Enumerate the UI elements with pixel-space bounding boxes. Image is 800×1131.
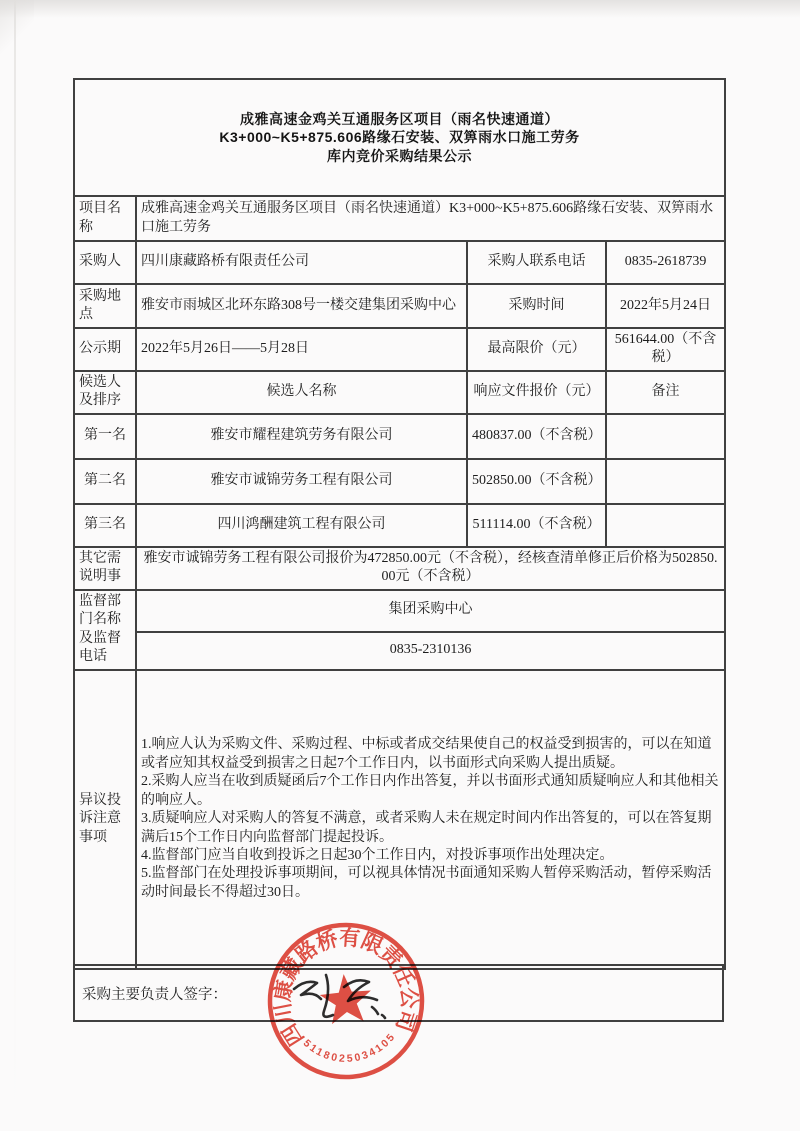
location-label: 采购地点 (74, 284, 136, 328)
candidate-row-1: 第一名 雅安市耀程建筑劳务有限公司 480837.00（不含税） (74, 414, 725, 459)
candidate-2-note (606, 459, 725, 504)
objection-items: 1.响应人认为采购文件、采购过程、中标或者成交结果使自己的权益受到损害的，可以在… (136, 670, 725, 969)
candidate-1-price: 480837.00（不含税） (467, 414, 606, 459)
candidate-3-price: 511114.00（不含税） (467, 504, 606, 547)
candidate-3-note (606, 504, 725, 547)
location-value: 雅安市雨城区北环东路308号一楼交建集团采购中心 (136, 284, 467, 328)
signature-scribble (286, 963, 406, 1029)
candidate-2-name: 雅安市诚锦劳务工程有限公司 (136, 459, 467, 504)
supervision-phone-value: 0835-2310136 (136, 632, 725, 670)
candidate-3-rank: 第三名 (74, 504, 136, 547)
other-notes-label: 其它需说明事 (74, 547, 136, 590)
max-price-label: 最高限价（元） (467, 328, 606, 371)
scan-paper-edge (14, 0, 16, 1131)
objection-label: 异议投诉注意事项 (74, 670, 136, 969)
purchaser-label: 采购人 (74, 241, 136, 284)
candidate-price-header: 响应文件报价（元） (467, 371, 606, 414)
document-title: 成雅高速金鸡关互通服务区项目（雨名快速通道） K3+000~K5+875.606… (74, 79, 725, 196)
purchaser-phone-value: 0835-2618739 (606, 241, 725, 284)
supervision-label: 监督部门名称及监督电话 (74, 590, 136, 670)
candidates-header-label: 候选人及排序 (74, 371, 136, 414)
objection-item-1: 1.响应人认为采购文件、采购过程、中标或者成交结果使自己的权益受到损害的，可以在… (141, 736, 720, 773)
candidate-row-3: 第三名 四川鸿酬建筑工程有限公司 511114.00（不含税） (74, 504, 725, 547)
candidate-3-name: 四川鸿酬建筑工程有限公司 (136, 504, 467, 547)
stamp-number-text: 5118025034105 (300, 1030, 399, 1069)
candidate-2-price: 502850.00（不含税） (467, 459, 606, 504)
purchase-time-label: 采购时间 (467, 284, 606, 328)
purchase-time-value: 2022年5月24日 (606, 284, 725, 328)
procurement-result-table: 成雅高速金鸡关互通服务区项目（雨名快速通道） K3+000~K5+875.606… (73, 78, 726, 970)
project-name-row: 项目名称 成雅高速金鸡关互通服务区项目（雨名快速通道）K3+000~K5+875… (74, 196, 725, 241)
candidate-row-2: 第二名 雅安市诚锦劳务工程有限公司 502850.00（不含税） (74, 459, 725, 504)
candidates-header-row: 候选人及排序 候选人名称 响应文件报价（元） 备注 (74, 371, 725, 414)
location-row: 采购地点 雅安市雨城区北环东路308号一楼交建集团采购中心 采购时间 2022年… (74, 284, 725, 328)
objection-item-3: 3.质疑响应人对采购人的答复不满意，或者采购人未在规定时间内作出答复的，可以在答… (141, 810, 720, 847)
title-line-1: 成雅高速金鸡关互通服务区项目（雨名快速通道） (79, 110, 720, 128)
candidate-note-header: 备注 (606, 371, 725, 414)
purchaser-value: 四川康藏路桥有限责任公司 (136, 241, 467, 284)
supervision-dept-row: 监督部门名称及监督电话 集团采购中心 (74, 590, 725, 632)
purchaser-row: 采购人 四川康藏路桥有限责任公司 采购人联系电话 0835-2618739 (74, 241, 725, 284)
candidate-1-rank: 第一名 (74, 414, 136, 459)
sign-label: 采购主要负责人签字： (82, 983, 227, 1004)
candidate-1-note (606, 414, 725, 459)
handwritten-signature (286, 963, 406, 1029)
other-notes-value: 雅安市诚锦劳务工程有限公司报价为472850.00元（不含税），经核查清单修正后… (136, 547, 725, 590)
project-name-value: 成雅高速金鸡关互通服务区项目（雨名快速通道）K3+000~K5+875.606路… (136, 196, 725, 241)
candidate-2-rank: 第二名 (74, 459, 136, 504)
objection-item-2: 2.采购人应当在收到质疑函后7个工作日内作出答复，并以书面形式通知质疑响应人和其… (141, 773, 720, 810)
supervision-dept-value: 集团采购中心 (136, 590, 725, 632)
publicity-label: 公示期 (74, 328, 136, 371)
max-price-value: 561644.00（不含税） (606, 328, 725, 371)
scan-shadow-top (0, 0, 800, 18)
title-row: 成雅高速金鸡关互通服务区项目（雨名快速通道） K3+000~K5+875.606… (74, 79, 725, 196)
project-name-label: 项目名称 (74, 196, 136, 241)
title-line-2: K3+000~K5+875.606路缘石安装、双箅雨水口施工劳务 (79, 128, 720, 146)
objection-item-5: 5.监督部门在处理投诉事项期间，可以视具体情况书面通知采购人暂停采购活动，暂停采… (141, 865, 720, 902)
candidate-name-header: 候选人名称 (136, 371, 467, 414)
purchaser-phone-label: 采购人联系电话 (467, 241, 606, 284)
other-notes-row: 其它需说明事 雅安市诚锦劳务工程有限公司报价为472850.00元（不含税），经… (74, 547, 725, 590)
publicity-value: 2022年5月26日——5月28日 (136, 328, 467, 371)
objection-item-4: 4.监督部门应当自收到投诉之日起30个工作日内，对投诉事项作出处理决定。 (141, 847, 720, 865)
publicity-row: 公示期 2022年5月26日——5月28日 最高限价（元） 561644.00（… (74, 328, 725, 371)
title-line-3: 库内竞价采购结果公示 (79, 147, 720, 165)
candidate-1-name: 雅安市耀程建筑劳务有限公司 (136, 414, 467, 459)
scan-corner-shadow (0, 0, 34, 60)
supervision-phone-row: 0835-2310136 (74, 632, 725, 670)
